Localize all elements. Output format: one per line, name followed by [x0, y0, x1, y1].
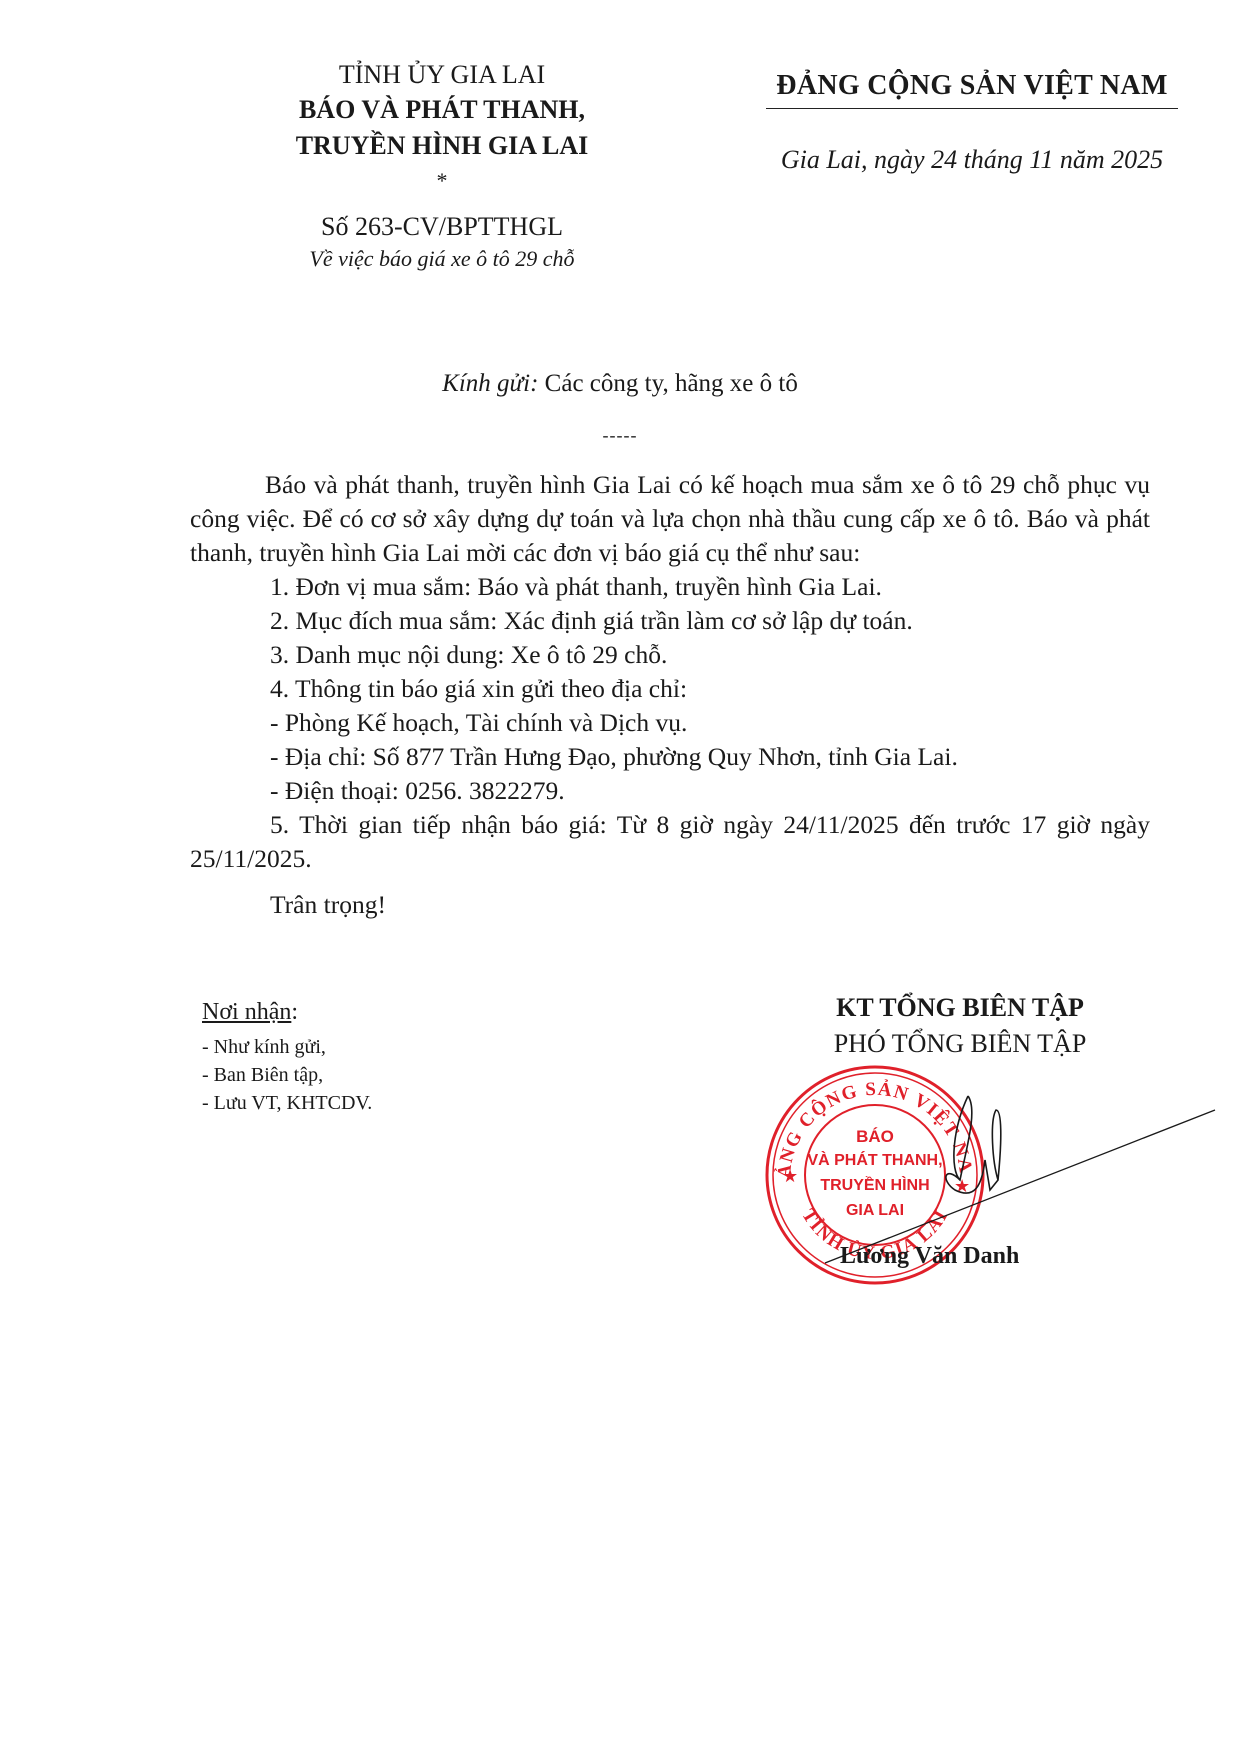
star-icon: ★: [954, 1176, 970, 1196]
recipient-item: - Như kính gửi,: [202, 1033, 602, 1061]
parent-org: TỈNH ỦY GIA LAI: [262, 58, 622, 92]
star-icon: ★: [782, 1166, 798, 1186]
list-item: 5. Thời gian tiếp nhận báo giá: Từ 8 giờ…: [190, 808, 1150, 876]
salutation-recipient: Các công ty, hãng xe ô tô: [545, 370, 798, 397]
list-item: 3. Danh mục nội dung: Xe ô tô 29 chỗ.: [190, 638, 1150, 672]
seal-inner-line: VÀ PHÁT THANH,: [807, 1150, 942, 1169]
recipients-list: - Như kính gửi, - Ban Biên tập, - Lưu VT…: [202, 1033, 602, 1117]
org-name-line1: BÁO VÀ PHÁT THANH,: [262, 92, 622, 128]
seal-inner-line: BÁO: [856, 1127, 894, 1146]
recipients-title: Nơi nhận: [202, 999, 291, 1025]
org-name-line2: TRUYỀN HÌNH GIA LAI: [262, 128, 622, 164]
list-item: - Địa chỉ: Số 877 Trần Hưng Đạo, phường …: [190, 740, 1150, 774]
recipients-heading: Nơi nhận:: [202, 995, 602, 1029]
issuer-block: TỈNH ỦY GIA LAI BÁO VÀ PHÁT THANH, TRUYỀ…: [262, 58, 622, 274]
salutation-label: Kính gửi:: [442, 370, 538, 397]
recipient-item: - Lưu VT, KHTCDV.: [202, 1089, 602, 1117]
document-number: Số 263-CV/BPTTHGL: [262, 210, 622, 244]
list-item: 4. Thông tin báo giá xin gửi theo địa ch…: [190, 672, 1150, 706]
signer-authority: KT TỔNG BIÊN TẬP: [780, 990, 1140, 1026]
star-separator: *: [262, 166, 622, 196]
party-block: ĐẢNG CỘNG SẢN VIỆT NAM Gia Lai, ngày 24 …: [762, 68, 1182, 177]
recipients-block: Nơi nhận: - Như kính gửi, - Ban Biên tập…: [202, 995, 602, 1117]
seal-inner-line: TRUYỀN HÌNH: [820, 1175, 929, 1194]
document-date: Gia Lai, ngày 24 tháng 11 năm 2025: [762, 143, 1182, 177]
recipient-item: - Ban Biên tập,: [202, 1061, 602, 1089]
signer-name: Lương Văn Danh: [840, 1243, 1019, 1270]
separator: -----: [0, 425, 1240, 446]
document-subject: Về việc báo giá xe ô tô 29 chỗ: [262, 244, 622, 274]
signature-block: KT TỔNG BIÊN TẬP PHÓ TỔNG BIÊN TẬP: [780, 990, 1140, 1062]
party-name: ĐẢNG CỘNG SẢN VIỆT NAM: [762, 68, 1182, 104]
signer-position: PHÓ TỔNG BIÊN TẬP: [780, 1026, 1140, 1062]
intro-paragraph: Báo và phát thanh, truyền hình Gia Lai c…: [190, 468, 1150, 570]
list-item: 2. Mục đích mua sắm: Xác định giá trần l…: [190, 604, 1150, 638]
letter-body: Báo và phát thanh, truyền hình Gia Lai c…: [190, 468, 1150, 922]
seal-inner-line: GIA LAI: [846, 1202, 904, 1219]
list-item: - Điện thoại: 0256. 3822279.: [190, 774, 1150, 808]
party-underline: [766, 108, 1178, 109]
closing: Trân trọng!: [190, 888, 1150, 922]
list-item: - Phòng Kế hoạch, Tài chính và Dịch vụ.: [190, 706, 1150, 740]
salutation: Kính gửi: Các công ty, hãng xe ô tô: [0, 370, 1240, 398]
list-item: 1. Đơn vị mua sắm: Báo và phát thanh, tr…: [190, 570, 1150, 604]
